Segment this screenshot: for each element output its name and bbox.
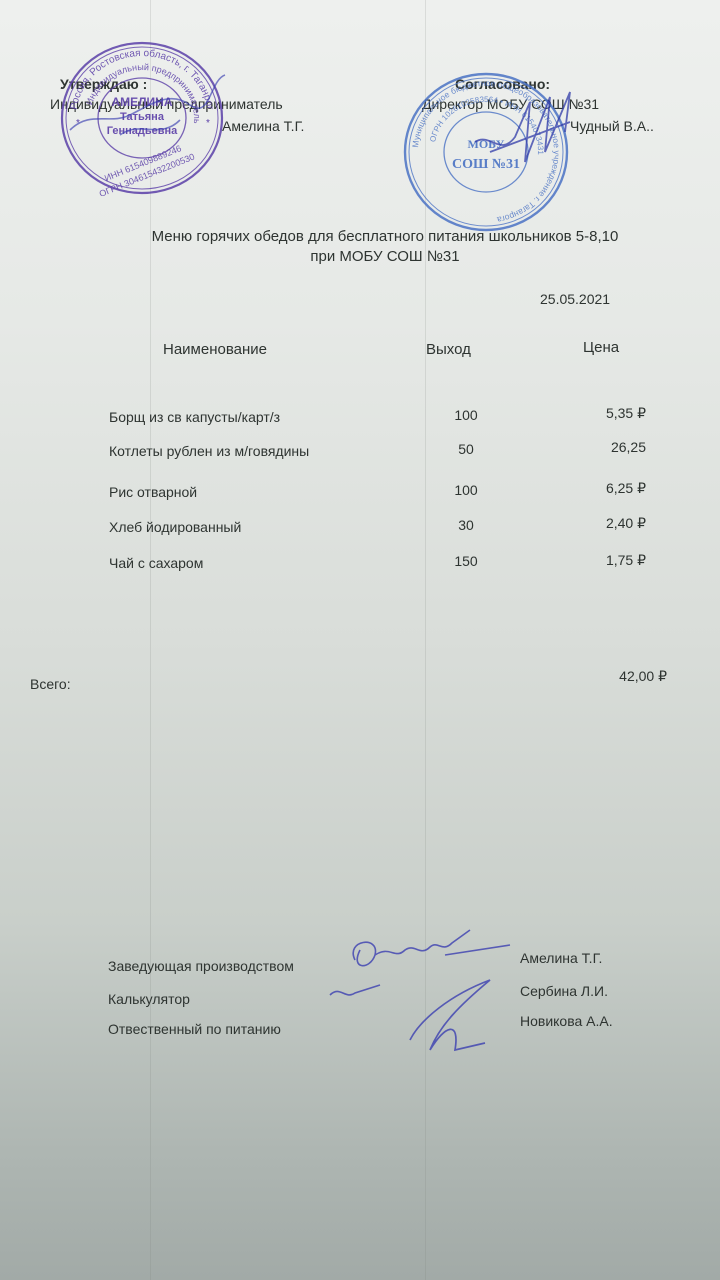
signature-name: Новикова А.А. xyxy=(520,1013,613,1029)
table-row-price: 5,35 ₽ xyxy=(536,405,646,422)
signature-name: Сербина Л.И. xyxy=(520,983,608,999)
table-row-name: Хлеб йодированный xyxy=(109,519,241,535)
signature-scribbles xyxy=(320,925,520,1065)
signature-role: Калькулятор xyxy=(108,991,190,1007)
table-row-qty: 100 xyxy=(436,482,496,498)
signature-entrepreneur xyxy=(60,70,230,150)
table-row-name: Рис отварной xyxy=(109,484,197,500)
total-label: Всего: xyxy=(30,676,71,692)
table-row-qty: 150 xyxy=(436,553,496,569)
document-title-line1: Меню горячих обедов для бесплатного пита… xyxy=(0,228,720,245)
table-row-name: Котлеты рублен из м/говядины xyxy=(109,443,309,459)
table-row-price: 26,25 xyxy=(536,439,646,455)
table-row-price: 1,75 ₽ xyxy=(536,552,646,569)
document-title-line2: при МОБУ СОШ №31 xyxy=(0,248,720,265)
table-row-price: 2,40 ₽ xyxy=(536,515,646,532)
table-row-qty: 30 xyxy=(436,517,496,533)
table-row-qty: 50 xyxy=(436,441,496,457)
table-row-qty: 100 xyxy=(436,407,496,423)
approval-left-name: Амелина Т.Г. xyxy=(222,118,304,134)
document-date: 25.05.2021 xyxy=(540,291,610,307)
total-value: 42,00 ₽ xyxy=(557,668,667,685)
table-row-name: Борщ из св капусты/карт/з xyxy=(109,409,280,425)
table-row-price: 6,25 ₽ xyxy=(536,480,646,497)
table-header-price: Цена xyxy=(583,339,619,356)
signature-role: Отвественный по питанию xyxy=(108,1021,281,1037)
table-header-name: Наименование xyxy=(163,341,267,358)
table-header-qty: Выход xyxy=(426,341,471,358)
signature-director xyxy=(470,82,590,172)
signature-role: Заведующая производством xyxy=(108,958,294,974)
signature-name: Амелина Т.Г. xyxy=(520,950,602,966)
table-row-name: Чай с сахаром xyxy=(109,555,203,571)
